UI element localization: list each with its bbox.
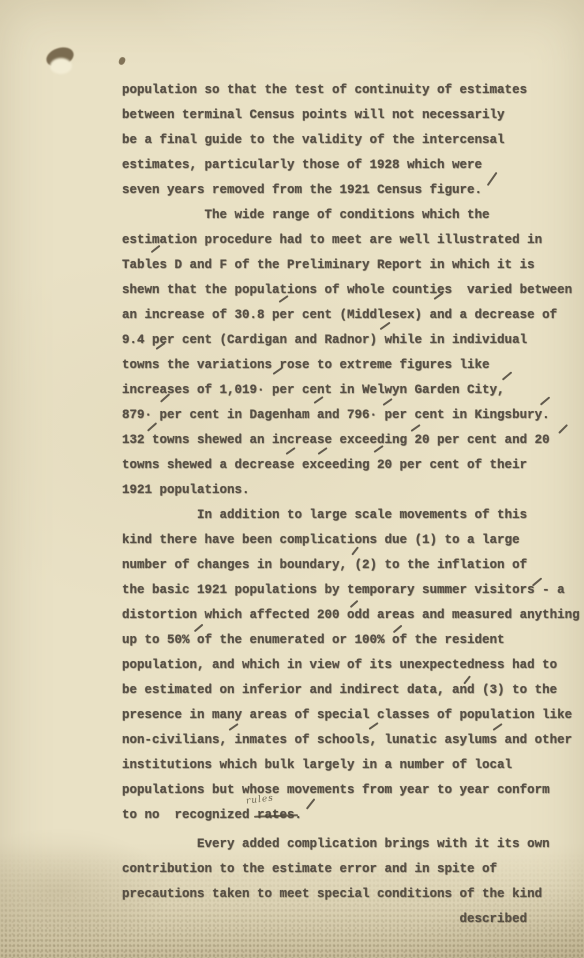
- typed-line-11: 9.4 per cent (Cardigan and Radnor) while…: [122, 328, 584, 353]
- typed-line-1: population so that the test of continuit…: [122, 78, 584, 103]
- typed-line-23: up to 50% of the enumerated or 100% of t…: [122, 628, 584, 653]
- typed-line-16: towns shewed a decrease exceeding 20 per…: [122, 453, 584, 478]
- typed-line-25: be estimated on inferior and indirect da…: [122, 678, 584, 703]
- typed-line-18: In addition to large scale movements of …: [122, 503, 584, 528]
- typed-line-17: 1921 populations.: [122, 478, 584, 503]
- typed-line-32: contribution to the estimate error and i…: [122, 857, 584, 882]
- typed-line-30: to no recognized rates.: [122, 803, 584, 828]
- typed-line-7: estimation procedure had to meet are wel…: [122, 228, 584, 253]
- typed-line-33: precautions taken to meet special condit…: [122, 882, 584, 907]
- typed-line-22: distortion which affected 200 odd areas …: [122, 603, 584, 628]
- typed-line-2: between terminal Census points will not …: [122, 103, 584, 128]
- typed-line-24: population, and which in view of its une…: [122, 653, 584, 678]
- typed-line-21: the basic 1921 populations by temporary …: [122, 578, 584, 603]
- typed-line-6: The wide range of conditions which the: [122, 203, 584, 228]
- typed-line-14: 879· per cent in Dagenham and 796· per c…: [122, 403, 584, 428]
- typed-line-9: shewn that the populations of whole coun…: [122, 278, 584, 303]
- typed-line-31: Every added complication brings with it …: [122, 832, 584, 857]
- typed-line-19: kind there have been complications due (…: [122, 528, 584, 553]
- scanned-typewritten-page: population so that the test of continuit…: [0, 0, 584, 958]
- typed-line-5: seven years removed from the 1921 Census…: [122, 178, 584, 203]
- typed-line-20: number of changes in boundary, (2) to th…: [122, 553, 584, 578]
- typed-line-26: presence in many areas of special classe…: [122, 703, 584, 728]
- typed-line-12: towns the variations rose to extreme fig…: [122, 353, 584, 378]
- typed-line-34: described: [122, 907, 584, 932]
- typed-line-15: 132 towns shewed an increase exceeding 2…: [122, 428, 584, 453]
- typed-line-13: increases of 1,019· per cent in Welwyn G…: [122, 378, 584, 403]
- typed-line-27: non-civilians, inmates of schools, lunat…: [122, 728, 584, 753]
- typed-text: population so that the test of continuit…: [0, 0, 584, 932]
- typed-line-10: an increase of 30.8 per cent (Middlesex)…: [122, 303, 584, 328]
- typed-line-8: Tables D and F of the Preliminary Report…: [122, 253, 584, 278]
- typed-line-29: populations but whose movements from yea…: [122, 778, 584, 803]
- typed-line-28: institutions which bulk largely in a num…: [122, 753, 584, 778]
- typed-line-4: estimates, particularly those of 1928 wh…: [122, 153, 584, 178]
- typed-line-3: be a final guide to the validity of the …: [122, 128, 584, 153]
